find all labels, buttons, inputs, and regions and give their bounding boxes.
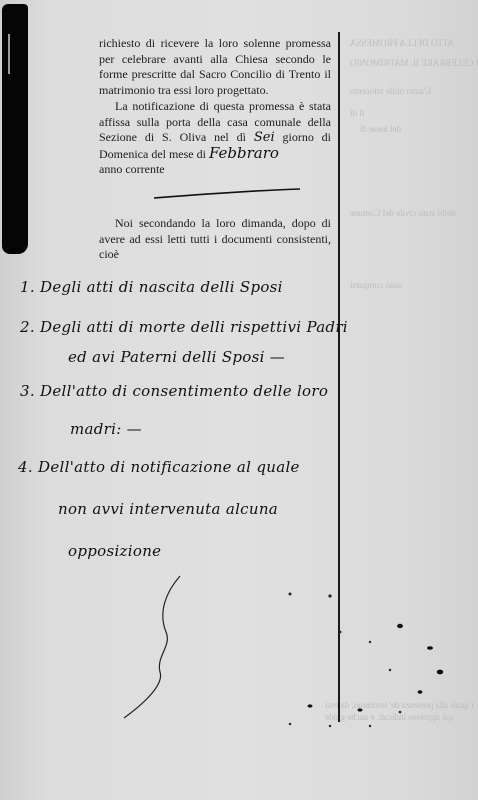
binding-strip (2, 4, 28, 254)
handwritten-month: Febbraro (209, 144, 279, 162)
handwritten-entry-3-cont: madri: — (70, 420, 142, 438)
printed-paragraph-3: Noi secondando la loro dimanda, dopo di … (99, 216, 331, 263)
closing-pen-stroke (118, 572, 188, 722)
handwritten-entry-4-cont: non avvi intervenuta alcuna (58, 500, 278, 518)
separator-flourish (152, 188, 302, 200)
bleed-through-text: del mese di (360, 124, 401, 134)
handwritten-entry-1: 1. Degli atti di nascita delli Sposi (20, 278, 283, 296)
bleed-through-text: dello stato civile del Comune (350, 208, 455, 218)
bleed-through-text: ATTO DELLA PROMESSA (350, 38, 454, 48)
handwritten-entry-2-cont: ed avi Paterni delli Sposi — (68, 348, 285, 366)
bleed-through-text: L'anno mille ottocento (350, 86, 431, 96)
bleed-through-text: DI CELEBRARE IL MATRIMONIO (350, 58, 478, 68)
bleed-through-text: il di (350, 108, 364, 118)
handwritten-entry-2: 2. Degli atti di morte delli rispettivi … (20, 318, 348, 336)
handwritten-entry-3: 3. Dell'atto di consentimento delle loro (20, 382, 328, 400)
document-page: ATTO DELLA PROMESSA DI CELEBRARE IL MATR… (0, 0, 478, 800)
printed-text-block: richiesto di ricevere la loro solenne pr… (99, 36, 331, 178)
bleed-through-text: sono comparsi (350, 280, 402, 290)
printed-paragraph-1: richiesto di ricevere la loro solenne pr… (99, 36, 331, 98)
ink-specks (250, 580, 478, 730)
handwritten-entry-4: 4. Dell'atto di notificazione al quale (18, 458, 300, 476)
printed-paragraph-2: La notificazione di questa promessa è st… (99, 99, 331, 178)
handwritten-entry-4-end: opposizione (68, 542, 161, 560)
